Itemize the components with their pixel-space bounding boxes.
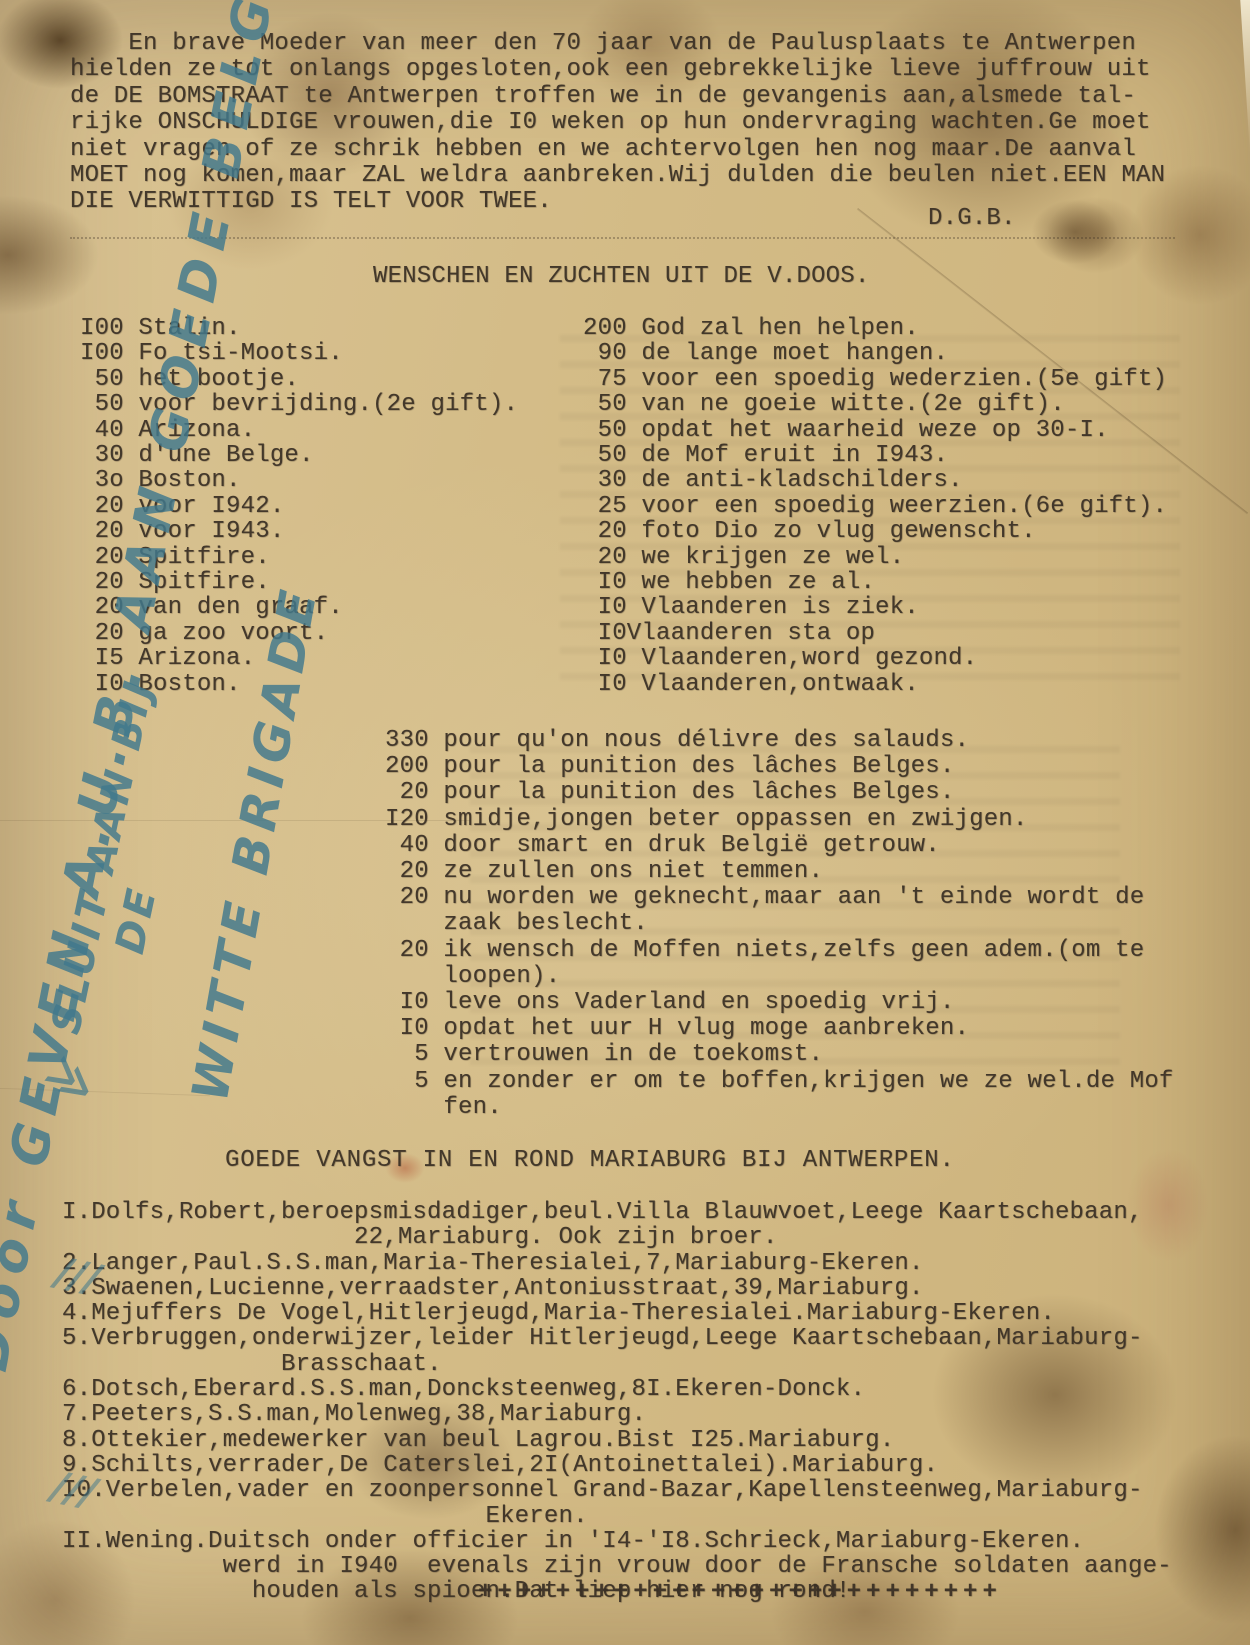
catch-entry: 7.Peeters,S.S.man,Molenweg,38,Mariaburg.	[62, 1402, 1172, 1427]
wish-line: zaak beslecht.	[385, 911, 1174, 937]
wish-line: 5 en zonder er om te boffen,krijgen we z…	[385, 1069, 1174, 1095]
catch-entry: 5.Verbruggen,onderwijzer,leider Hitlerje…	[62, 1326, 1172, 1351]
document-page: En brave Moeder van meer den 70 jaar van…	[0, 0, 1250, 1645]
margin-hatch-icon: ///	[48, 1463, 100, 1517]
wish-line: 20 foto Dio zo vlug gewenscht.	[583, 519, 1167, 544]
wish-line: I0 Vlaanderen is ziek.	[583, 595, 1167, 620]
wishes-center-list: 330 pour qu'on nous délivre des salauds.…	[385, 728, 1174, 1121]
wish-line: 50 van ne goeie witte.(2e gift).	[583, 392, 1167, 417]
catch-entry: 8.Ottekier,medewerker van beul Lagrou.Bi…	[62, 1428, 1172, 1453]
wish-line: I00 Fo tsi-Mootsi.	[80, 341, 518, 366]
wish-line: 75 voor een spoedig wederzien.(5e gift)	[583, 367, 1167, 392]
wishes-title: WENSCHEN EN ZUCHTEN UIT DE V.DOOS.	[373, 264, 869, 290]
wish-line: 40 door smart en druk België getrouw.	[385, 833, 1174, 859]
catch-entry: 4.Mejuffers De Vogel,Hitlerjeugd,Maria-T…	[62, 1301, 1172, 1326]
wish-line: I00 Stalin.	[80, 316, 518, 341]
wish-line: 50 de Mof eruit in I943.	[583, 443, 1167, 468]
wish-line: 50 het bootje.	[80, 367, 518, 392]
catch-entry: I0.Verbelen,vader en zoonpersonnel Grand…	[62, 1478, 1172, 1503]
wish-line: 20 pour la punition des lâches Belges.	[385, 780, 1174, 806]
catch-entry: 22,Mariaburg. Ook zijn broer.	[62, 1225, 1172, 1250]
wish-line: 25 voor een spoedig weerzien.(6e gift).	[583, 494, 1167, 519]
wish-line: loopen).	[385, 964, 1174, 990]
catch-entry: 6.Dotsch,Eberard.S.S.man,Doncksteenweg,8…	[62, 1377, 1172, 1402]
wishes-right-column: 200 God zal hen helpen. 90 de lange moet…	[583, 316, 1167, 697]
margin-hatch-icon: ///	[52, 1249, 104, 1303]
wish-line: 20 ik wensch de Moffen niets,zelfs geen …	[385, 938, 1174, 964]
wish-line: 20 we krijgen ze wel.	[583, 545, 1167, 570]
wish-line: I0 Vlaanderen,word gezond.	[583, 646, 1167, 671]
torn-edge	[1235, 0, 1250, 155]
catch-title: GOEDE VANGST IN EN ROND MARIABURG BIJ AN…	[225, 1148, 955, 1174]
wish-line: I0 we hebben ze al.	[583, 570, 1167, 595]
wish-line: 200 pour la punition des lâches Belges.	[385, 754, 1174, 780]
catch-entry: 9.Schilts,verrader,De Caterslei,2I(Antoi…	[62, 1453, 1172, 1478]
catch-entry: I.Dolfs,Robert,beroepsmisdadiger,beul.Vi…	[62, 1200, 1172, 1225]
catch-entry: Brasschaat.	[62, 1352, 1172, 1377]
wish-line: 5 vertrouwen in de toekomst.	[385, 1042, 1174, 1068]
wish-line: 90 de lange moet hangen.	[583, 341, 1167, 366]
catch-entry: 3.Swaenen,Lucienne,verraadster,Antoniuss…	[62, 1276, 1172, 1301]
wish-line: I0 opdat het uur H vlug moge aanbreken.	[385, 1016, 1174, 1042]
signature: D.G.B.	[928, 206, 1016, 232]
catch-list: I.Dolfs,Robert,beroepsmisdadiger,beul.Vi…	[62, 1200, 1172, 1605]
catch-entry: II.Wening.Duitsch onder officier in 'I4-…	[62, 1529, 1172, 1554]
footer-divider-marks: +++++++++++++++++++++++++++	[478, 1580, 1002, 1606]
catch-entry: 2.Langer,Paul.S.S.man,Maria-Theresialei,…	[62, 1251, 1172, 1276]
wish-line: 50 opdat het waarheid weze op 30-I.	[583, 418, 1167, 443]
wish-line: I0Vlaanderen sta op	[583, 621, 1167, 646]
wish-line: 20 nu worden we geknecht,maar aan 't ein…	[385, 885, 1174, 911]
wish-line: I0 leve ons Vaderland en spoedig vrij.	[385, 990, 1174, 1016]
wish-line: I20 smidje,jongen beter oppassen en zwij…	[385, 807, 1174, 833]
wish-line: fen.	[385, 1095, 1174, 1121]
catch-entry: Ekeren.	[62, 1504, 1172, 1529]
wish-line: 20 ze zullen ons niet temmen.	[385, 859, 1174, 885]
wish-line: 200 God zal hen helpen.	[583, 316, 1167, 341]
wish-line: 330 pour qu'on nous délivre des salauds.	[385, 728, 1174, 754]
catch-entry: werd in I940 evenals zijn vrouw door de …	[62, 1554, 1172, 1579]
wish-line: 30 de anti-kladschilders.	[583, 468, 1167, 493]
wish-line: I0 Vlaanderen,ontwaak.	[583, 672, 1167, 697]
